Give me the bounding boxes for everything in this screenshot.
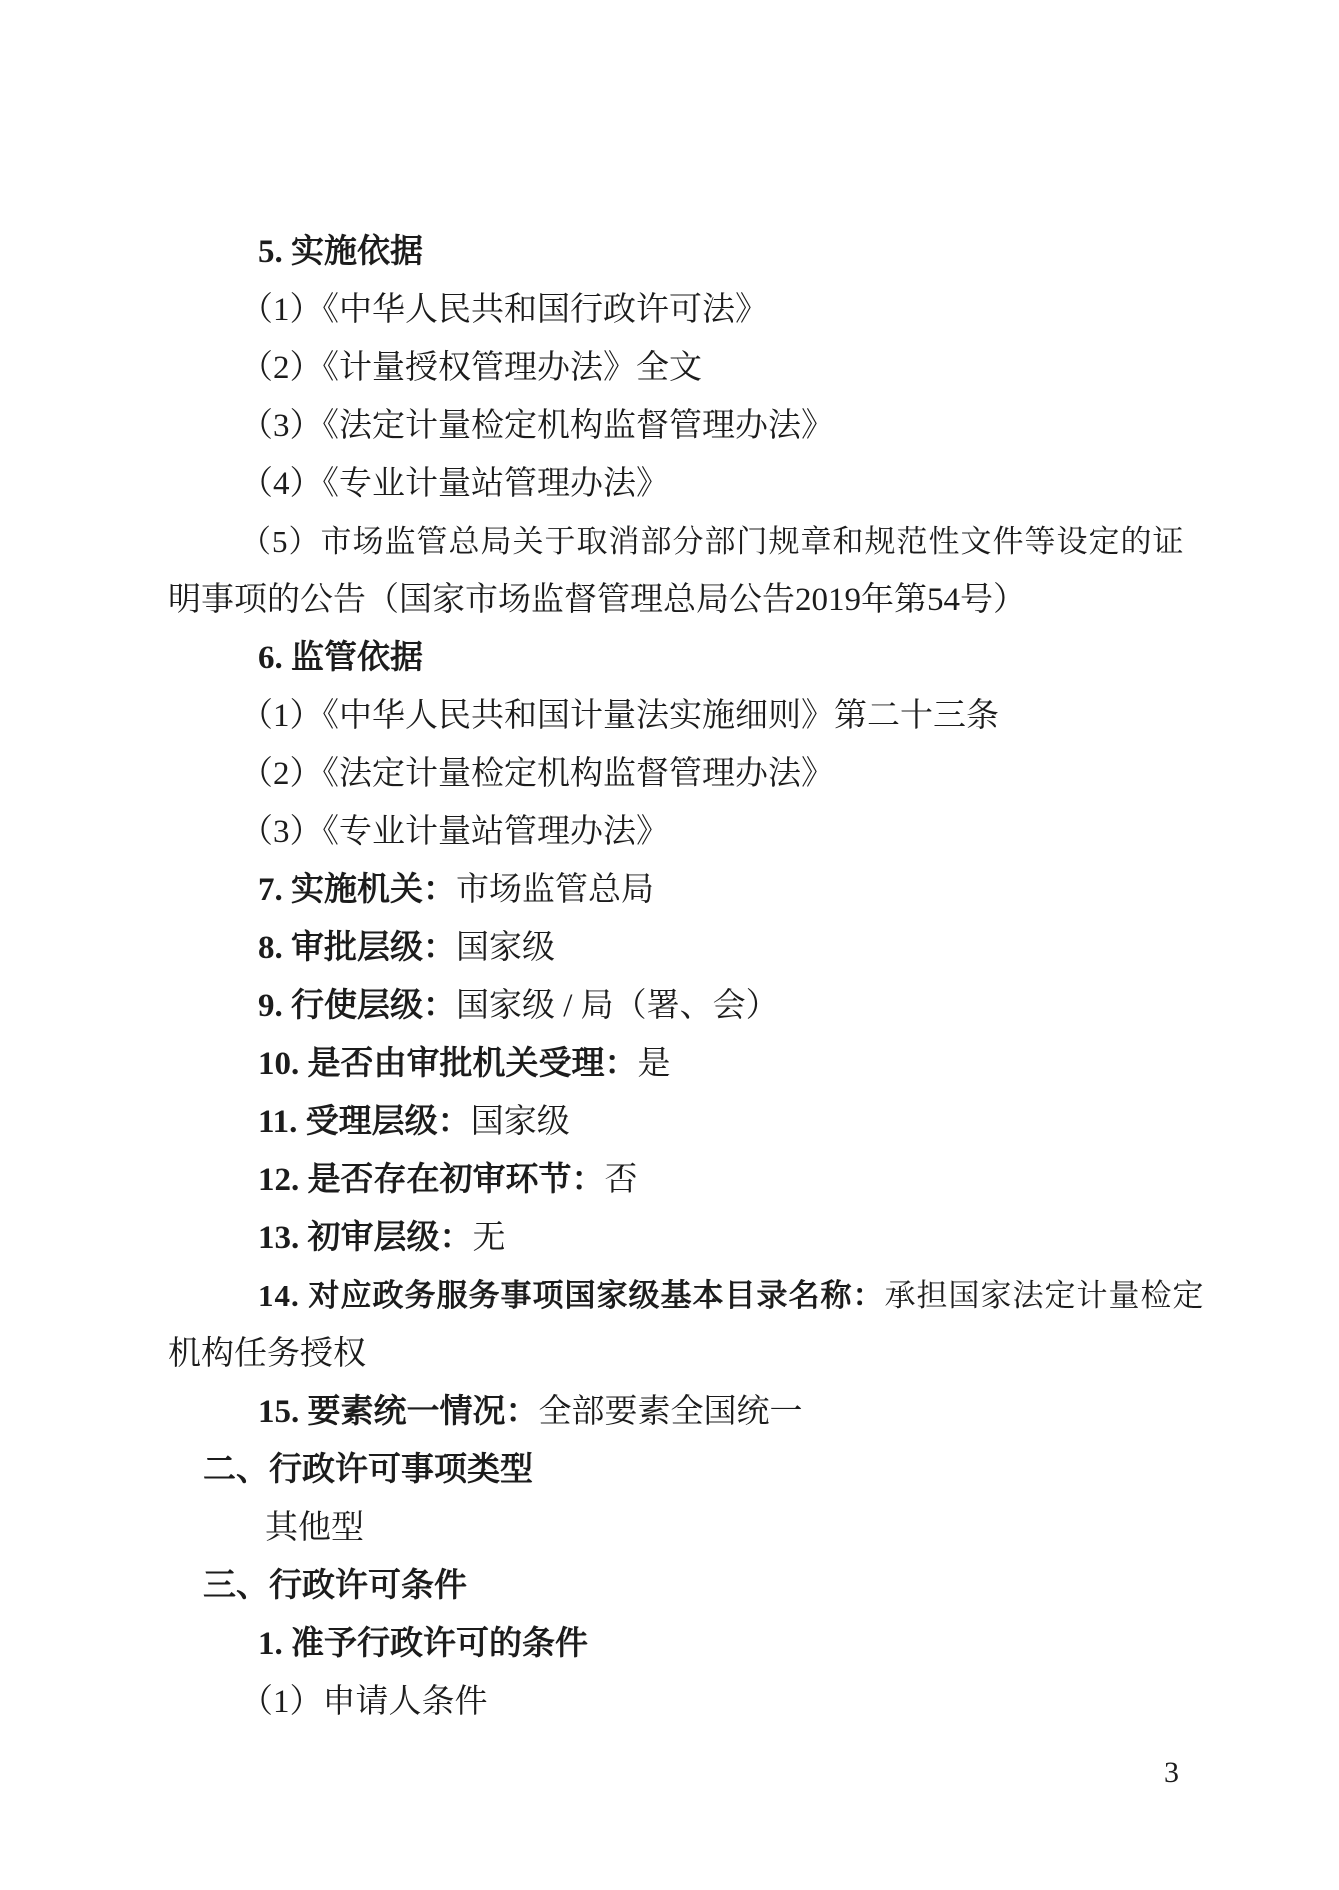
line-text: （3）《法定计量检定机构监督管理办法》 xyxy=(240,408,834,444)
line-text: （1）《中华人民共和国计量法实施细则》第二十三条 xyxy=(240,698,999,734)
field-national-catalog-name: 14. 对应政务服务事项国家级基本目录名称：承担国家法定计量检定 xyxy=(168,1267,1171,1325)
line-text: （3）《专业计量站管理办法》 xyxy=(240,814,669,850)
document-line: （3）《法定计量检定机构监督管理办法》 xyxy=(168,397,1171,455)
document-line: （1）《中华人民共和国计量法实施细则》第二十三条 xyxy=(168,687,1171,745)
field-value: 否 xyxy=(605,1162,638,1198)
field-label: 12. 是否存在初审环节： xyxy=(258,1162,605,1198)
document-line-continuation: 明事项的公告（国家市场监督管理总局公告2019年第54号） xyxy=(168,571,1171,629)
field-value: 无 xyxy=(473,1220,506,1256)
field-value: 全部要素全国统一 xyxy=(539,1394,803,1430)
field-label: 10. 是否由审批机关受理： xyxy=(258,1046,638,1082)
field-exercise-level: 9. 行使层级：国家级 / 局（署、会） xyxy=(168,977,1171,1035)
line-text: 明事项的公告（国家市场监督管理总局公告2019年第54号） xyxy=(168,582,1026,618)
heading-text: 1. 准予行政许可的条件 xyxy=(258,1626,588,1662)
heading-text: 6. 监管依据 xyxy=(258,640,423,676)
field-acceptance-level: 11. 受理层级：国家级 xyxy=(168,1093,1171,1151)
heading-text: 5. 实施依据 xyxy=(258,234,423,270)
field-label: 8. 审批层级： xyxy=(258,930,456,966)
line-text: （1）《中华人民共和国行政许可法》 xyxy=(240,292,768,328)
page-number: 3 xyxy=(1164,1756,1179,1790)
field-label: 13. 初审层级： xyxy=(258,1220,473,1256)
document-line: （1）《中华人民共和国行政许可法》 xyxy=(168,281,1171,339)
line-text: （2）《计量授权管理办法》全文 xyxy=(240,350,702,386)
field-preliminary-review-level: 13. 初审层级：无 xyxy=(168,1209,1171,1267)
document-line: 其他型 xyxy=(168,1499,1171,1557)
line-text: 机构任务授权 xyxy=(168,1336,366,1372)
document-line: （3）《专业计量站管理办法》 xyxy=(168,803,1171,861)
field-value: 是 xyxy=(638,1046,671,1082)
document-line: （5）市场监管总局关于取消部分部门规章和规范性文件等设定的证 xyxy=(168,513,1171,571)
field-value: 国家级 / 局（署、会） xyxy=(456,988,779,1024)
document-line: （1）申请人条件 xyxy=(168,1673,1171,1731)
field-label: 14. 对应政务服务事项国家级基本目录名称： xyxy=(258,1278,885,1313)
line-text: （1）申请人条件 xyxy=(240,1684,488,1720)
field-approval-level: 8. 审批层级：国家级 xyxy=(168,919,1171,977)
document-line-continuation: 机构任务授权 xyxy=(168,1325,1171,1383)
line-text: （5）市场监管总局关于取消部分部门规章和规范性文件等设定的证 xyxy=(240,524,1185,559)
field-value: 承担国家法定计量检定 xyxy=(885,1278,1205,1313)
field-label: 15. 要素统一情况： xyxy=(258,1394,539,1430)
heading-conditions-for-granting: 1. 准予行政许可的条件 xyxy=(168,1615,1171,1673)
field-preliminary-review-exists: 12. 是否存在初审环节：否 xyxy=(168,1151,1171,1209)
field-element-unification: 15. 要素统一情况：全部要素全国统一 xyxy=(168,1383,1171,1441)
line-text: （4）《专业计量站管理办法》 xyxy=(240,466,669,502)
document-line: （2）《法定计量检定机构监督管理办法》 xyxy=(168,745,1171,803)
page-sheet: 5. 实施依据 （1）《中华人民共和国行政许可法》 （2）《计量授权管理办法》全… xyxy=(0,0,1339,1890)
field-value: 国家级 xyxy=(456,930,555,966)
section-heading-license-conditions: 三、行政许可条件 xyxy=(168,1557,1171,1615)
line-text: 其他型 xyxy=(265,1510,364,1546)
document-line: （4）《专业计量站管理办法》 xyxy=(168,455,1171,513)
field-accepted-by-approval-authority: 10. 是否由审批机关受理：是 xyxy=(168,1035,1171,1093)
section-heading-license-item-type: 二、行政许可事项类型 xyxy=(168,1441,1171,1499)
document-body: 5. 实施依据 （1）《中华人民共和国行政许可法》 （2）《计量授权管理办法》全… xyxy=(168,223,1171,1731)
field-implementing-authority: 7. 实施机关：市场监管总局 xyxy=(168,861,1171,919)
heading-supervision-basis: 6. 监管依据 xyxy=(168,629,1171,687)
document-line: （2）《计量授权管理办法》全文 xyxy=(168,339,1171,397)
field-value: 国家级 xyxy=(471,1104,570,1140)
field-label: 7. 实施机关： xyxy=(258,872,456,908)
heading-text: 三、行政许可条件 xyxy=(203,1568,467,1604)
heading-text: 二、行政许可事项类型 xyxy=(203,1452,533,1488)
line-text: （2）《法定计量检定机构监督管理办法》 xyxy=(240,756,834,792)
document-page: { "page": { "number": "3", "background_c… xyxy=(0,0,1339,1890)
field-label: 11. 受理层级： xyxy=(258,1104,471,1140)
field-label: 9. 行使层级： xyxy=(258,988,456,1024)
heading-implementation-basis: 5. 实施依据 xyxy=(168,223,1171,281)
field-value: 市场监管总局 xyxy=(456,872,654,908)
